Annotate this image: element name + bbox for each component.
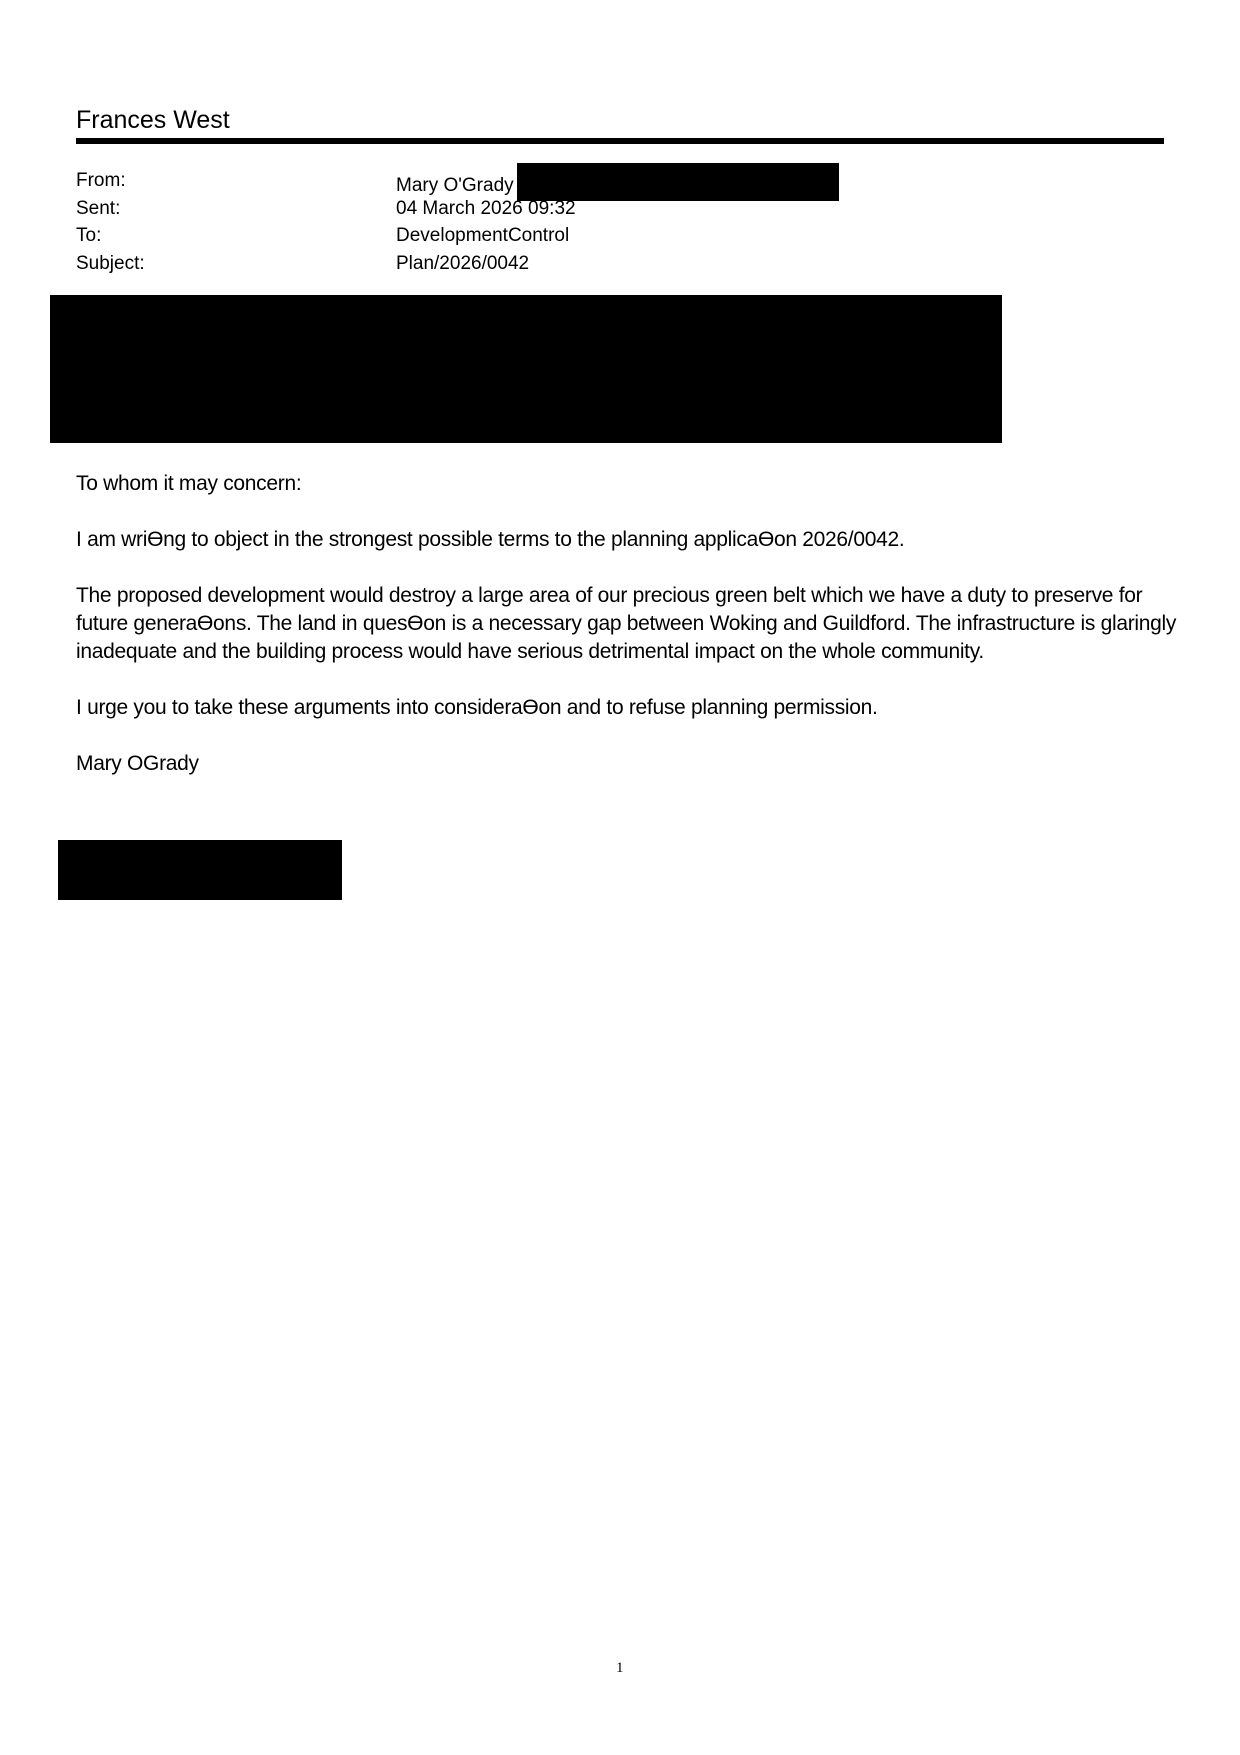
redacted-signature-block	[58, 840, 342, 900]
header-rule	[76, 138, 1164, 144]
subject-label: Subject:	[76, 250, 145, 278]
to-value: DevelopmentControl	[396, 222, 569, 250]
signature: Mary OGrady	[76, 750, 1186, 778]
document-owner-name: Frances West	[76, 106, 230, 135]
body-paragraph: The proposed development would destroy a…	[76, 582, 1186, 666]
sent-label: Sent:	[76, 195, 120, 223]
page-number: 1	[616, 1660, 624, 1677]
body-paragraph: I am wriϴng to object in the strongest p…	[76, 526, 1186, 554]
sent-value: 04 March 2026 09:32	[396, 195, 576, 223]
email-body: To whom it may concern: I am wriϴng to o…	[76, 470, 1186, 806]
to-label: To:	[76, 222, 101, 250]
from-label: From:	[76, 167, 126, 195]
salutation: To whom it may concern:	[76, 470, 1186, 498]
subject-value: Plan/2026/0042	[396, 250, 529, 278]
body-paragraph: I urge you to take these arguments into …	[76, 694, 1186, 722]
redacted-block	[50, 295, 1002, 443]
